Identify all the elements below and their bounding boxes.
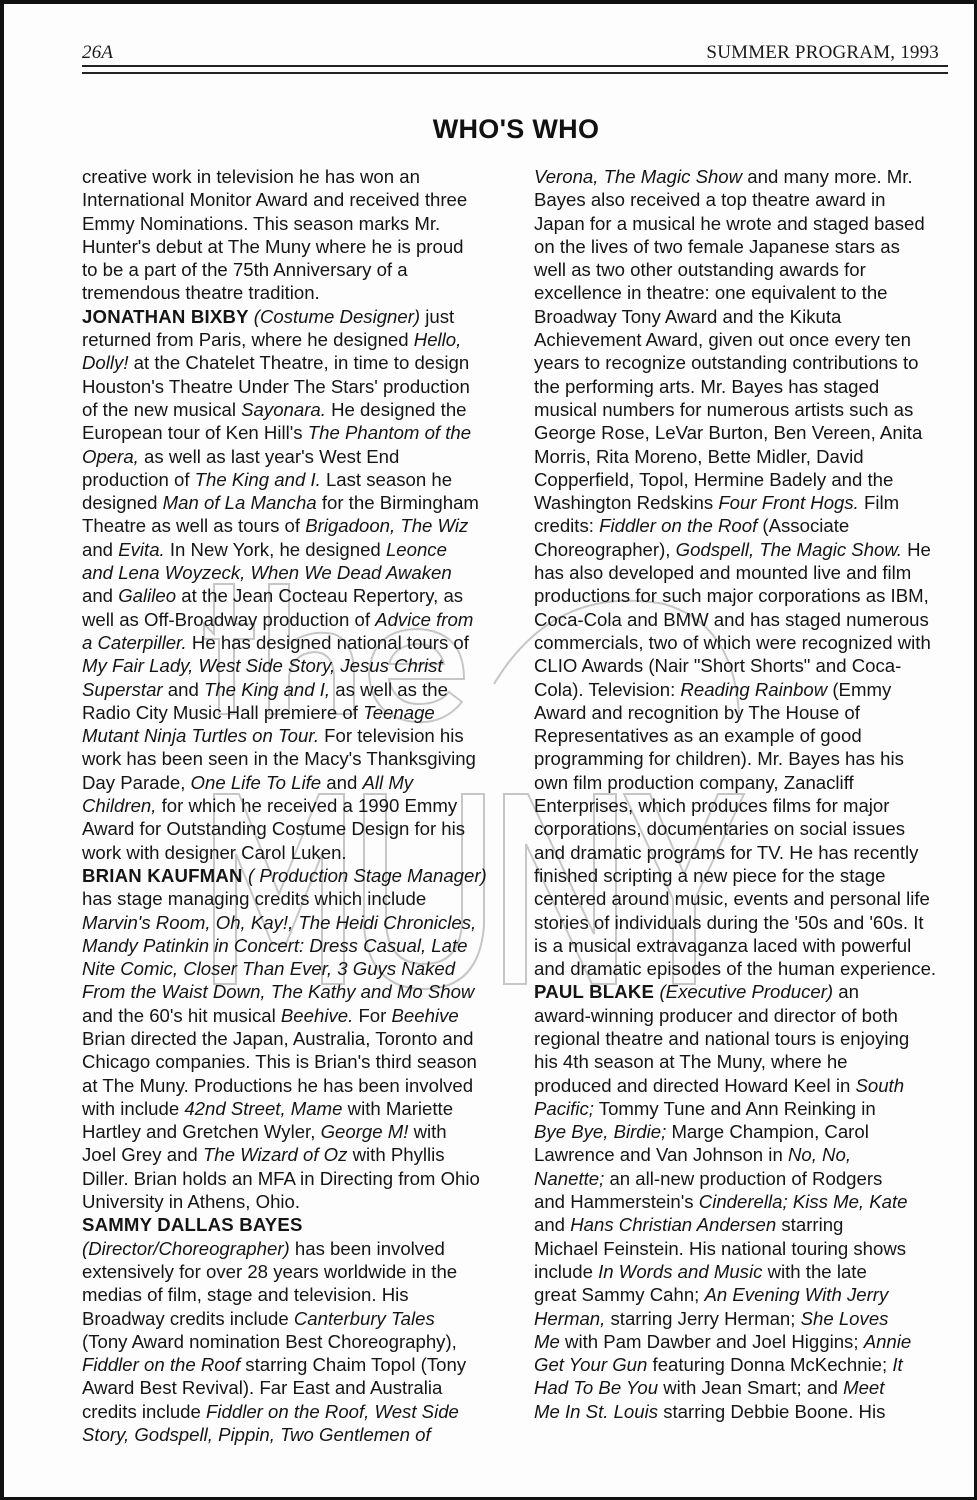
text-line: years to recognize outstanding contribut… — [534, 351, 954, 374]
body-text: Japan for a musical he wrote and staged … — [534, 213, 925, 234]
text-line: Brian directed the Japan, Australia, Tor… — [82, 1027, 512, 1050]
text-line: the performing arts. Mr. Bayes has stage… — [534, 375, 954, 398]
body-text: Lawrence and Van Johnson in — [534, 1144, 788, 1165]
text-line: Get Your Gun featuring Donna McKechnie; … — [534, 1353, 954, 1376]
text-line: Nite Comic, Closer Than Ever, 3 Guys Nak… — [82, 957, 512, 980]
italic-title: All My — [362, 772, 413, 793]
body-text: Tommy Tune and Ann Reinking in — [594, 1098, 876, 1119]
text-line: Herman, starring Jerry Herman; She Loves — [534, 1307, 954, 1330]
body-text: has stage managing credits which include — [82, 888, 426, 909]
italic-title: Me — [534, 1331, 560, 1352]
text-line: Theatre as well as tours of Brigadoon, T… — [82, 514, 512, 537]
body-text: Morris, Rita Moreno, Bette Midler, David — [534, 446, 864, 467]
italic-title: Herman, — [534, 1308, 605, 1329]
bio-heading-line: BRIAN KAUFMAN ( Production Stage Manager… — [82, 864, 512, 887]
italic-title: Meet — [843, 1377, 884, 1398]
body-text: at the Chatelet Theatre, in time to desi… — [129, 352, 470, 373]
body-text: has been involved — [290, 1238, 445, 1259]
italic-title: Nanette; — [534, 1168, 604, 1189]
text-line: Opera, as well as last year's West End — [82, 445, 512, 468]
text-line: and dramatic programs for TV. He has rec… — [534, 841, 954, 864]
body-text: excellence in theatre: one equivalent to… — [534, 282, 888, 303]
text-line: Award Best Revival). Far East and Austra… — [82, 1376, 512, 1399]
body-text: and — [82, 539, 118, 560]
body-text: Marge Champion, Carol — [666, 1121, 869, 1142]
body-text: award-winning producer and director of b… — [534, 1005, 898, 1026]
body-text: for which he received a 1990 Emmy — [156, 795, 457, 816]
italic-title: Opera, — [82, 446, 139, 467]
text-line: Day Parade, One Life To Life and All My — [82, 771, 512, 794]
italic-title: 42nd Street, Mame — [184, 1098, 342, 1119]
text-line: regional theatre and national tours is e… — [534, 1027, 954, 1050]
page-title: WHO'S WHO — [4, 114, 977, 145]
body-text: produced and directed Howard Keel in — [534, 1075, 855, 1096]
body-text: International Monitor Award and received… — [82, 189, 467, 210]
body-text: and — [163, 679, 204, 700]
text-line: credits: Fiddler on the Roof (Associate — [534, 514, 954, 537]
text-line: Nanette; an all-new production of Rodger… — [534, 1167, 954, 1190]
body-text: just — [420, 306, 454, 327]
text-line: has also developed and mounted live and … — [534, 561, 954, 584]
italic-title: Four Front Hogs. — [718, 492, 859, 513]
body-text: Emmy Nominations. This season marks Mr. — [82, 213, 440, 234]
body-text: Diller. Brian holds an MFA in Directing … — [82, 1168, 480, 1189]
body-text: work has been seen in the Macy's Thanksg… — [82, 748, 476, 769]
header-rule-top — [82, 65, 948, 67]
italic-title: Man of La Mancha — [163, 492, 317, 513]
text-line: and dramatic episodes of the human exper… — [534, 957, 954, 980]
italic-title: It — [892, 1354, 902, 1375]
text-line: Houston's Theatre Under The Stars' produ… — [82, 375, 512, 398]
text-line: Achievement Award, given out once every … — [534, 328, 954, 351]
body-text: stories of individuals during the '50s a… — [534, 912, 924, 933]
text-line: credits include Fiddler on the Roof, Wes… — [82, 1400, 512, 1423]
text-line: his 4th season at The Muny, where he — [534, 1050, 954, 1073]
page-number: 26A — [82, 42, 113, 64]
body-text: Washington Redskins — [534, 492, 718, 513]
italic-title: Mandy Patinkin in Concert: Dress Casual,… — [82, 935, 467, 956]
italic-title: Fiddler on the Roof — [82, 1354, 240, 1375]
body-text: Hartley and Gretchen Wyler, — [82, 1121, 321, 1142]
text-line: Bayes also received a top theatre award … — [534, 188, 954, 211]
body-text: productions for such major corporations … — [534, 585, 929, 606]
body-text: credits include — [82, 1401, 206, 1422]
italic-title: Galileo — [118, 585, 176, 606]
text-line: work with designer Carol Luken. — [82, 841, 512, 864]
text-line: designed Man of La Mancha for the Birmin… — [82, 491, 512, 514]
text-line: with include 42nd Street, Mame with Mari… — [82, 1097, 512, 1120]
body-text: and — [82, 585, 118, 606]
italic-title: Fiddler on the Roof, West Side — [206, 1401, 459, 1422]
body-text: to be a part of the 75th Anniversary of … — [82, 259, 408, 280]
italic-title: Dolly! — [82, 352, 129, 373]
body-text: He has designed national tours of — [187, 632, 469, 653]
italic-title: Leonce — [386, 539, 447, 560]
text-line: and Galileo at the Jean Cocteau Repertor… — [82, 584, 512, 607]
body-text: Coca-Cola and BMW and has staged numerou… — [534, 609, 929, 630]
text-line: Mandy Patinkin in Concert: Dress Casual,… — [82, 934, 512, 957]
body-text: creative work in television he has won a… — [82, 166, 420, 187]
italic-title: Superstar — [82, 679, 163, 700]
text-line: creative work in television he has won a… — [82, 165, 512, 188]
italic-title: (Executive Producer) — [659, 981, 833, 1002]
body-text: CLIO Awards (Nair "Short Shorts" and Coc… — [534, 655, 901, 676]
text-line: Dolly! at the Chatelet Theatre, in time … — [82, 351, 512, 374]
body-text: medias of film, stage and television. Hi… — [82, 1284, 409, 1305]
text-line: Me with Pam Dawber and Joel Higgins; Ann… — [534, 1330, 954, 1353]
text-line: of the new musical Sayonara. He designed… — [82, 398, 512, 421]
body-text: with Pam Dawber and Joel Higgins; — [560, 1331, 864, 1352]
text-line: Coca-Cola and BMW and has staged numerou… — [534, 608, 954, 631]
text-line: International Monitor Award and received… — [82, 188, 512, 211]
text-line: and Evita. In New York, he designed Leon… — [82, 538, 512, 561]
body-text: He — [902, 539, 931, 560]
text-line: and Lena Woyzeck, When We Dead Awaken — [82, 561, 512, 584]
italic-title: Nite Comic, Closer Than Ever, 3 Guys Nak… — [82, 958, 455, 979]
body-text: an — [833, 981, 859, 1002]
body-text: programming for children). Mr. Bayes has… — [534, 748, 904, 769]
bio-heading-line: JONATHAN BIXBY (Costume Designer) just — [82, 305, 512, 328]
body-text: Representatives as an example of good — [534, 725, 862, 746]
body-text: Joel Grey and — [82, 1144, 203, 1165]
body-text: is a musical extravaganza laced with pow… — [534, 935, 911, 956]
text-line: Superstar and The King and I, as well as… — [82, 678, 512, 701]
italic-title: The King and I. — [195, 469, 321, 490]
italic-title: ( Production Stage Manager) — [248, 865, 487, 886]
italic-title: Pacific; — [534, 1098, 594, 1119]
italic-title: The King and I, — [204, 679, 330, 700]
text-line: extensively for over 28 years worldwide … — [82, 1260, 512, 1283]
body-text: extensively for over 28 years worldwide … — [82, 1261, 457, 1282]
text-line: medias of film, stage and television. Hi… — [82, 1283, 512, 1306]
body-text: years to recognize outstanding contribut… — [534, 352, 919, 373]
body-text: at The Muny. Productions he has been inv… — [82, 1075, 473, 1096]
header-rule-bottom — [82, 72, 948, 74]
body-text: regional theatre and national tours is e… — [534, 1028, 909, 1049]
text-line: on the lives of two female Japanese star… — [534, 235, 954, 258]
italic-title: Had To Be You — [534, 1377, 658, 1398]
text-line: Joel Grey and The Wizard of Oz with Phyl… — [82, 1143, 512, 1166]
italic-title: Marvin's Room, Oh, Kay!, The Heidi Chron… — [82, 912, 476, 933]
body-text: and dramatic programs for TV. He has rec… — [534, 842, 918, 863]
italic-title: Me In St. Louis — [534, 1401, 658, 1422]
text-line: productions for such major corporations … — [534, 584, 954, 607]
text-line: production of The King and I. Last seaso… — [82, 468, 512, 491]
body-text: Bayes also received a top theatre award … — [534, 189, 885, 210]
text-line: commercials, two of which were recognize… — [534, 631, 954, 654]
text-line: is a musical extravaganza laced with pow… — [534, 934, 954, 957]
body-text: with the late — [762, 1261, 866, 1282]
italic-title: Hans Christian Andersen — [570, 1214, 776, 1235]
body-text: and — [321, 772, 362, 793]
text-line: Japan for a musical he wrote and staged … — [534, 212, 954, 235]
body-text: He designed the — [326, 399, 467, 420]
text-line: Broadway Tony Award and the Kikuta — [534, 305, 954, 328]
text-line: University in Athens, Ohio. — [82, 1190, 512, 1213]
text-line: well as two other outstanding awards for — [534, 258, 954, 281]
italic-title: Annie — [864, 1331, 912, 1352]
body-text: starring Debbie Boone. His — [658, 1401, 885, 1422]
text-line: Lawrence and Van Johnson in No, No, — [534, 1143, 954, 1166]
text-line: finished scripting a new piece for the s… — [534, 864, 954, 887]
body-text: his 4th season at The Muny, where he — [534, 1051, 848, 1072]
italic-title: Brigadoon, The Wiz — [305, 515, 468, 536]
body-text: Radio City Music Hall premiere of — [82, 702, 363, 723]
italic-title: The Phantom of the — [308, 422, 471, 443]
body-text: with Mariette — [342, 1098, 453, 1119]
text-line: great Sammy Cahn; An Evening With Jerry — [534, 1283, 954, 1306]
text-line: Award and recognition by The House of — [534, 701, 954, 724]
body-text: (Associate — [757, 515, 849, 536]
text-line: Mutant Ninja Turtles on Tour. For televi… — [82, 724, 512, 747]
italic-title: No, No, — [788, 1144, 851, 1165]
body-text: University in Athens, Ohio. — [82, 1191, 300, 1212]
text-line: excellence in theatre: one equivalent to… — [534, 281, 954, 304]
italic-title: My Fair Lady, West Side Story, Jesus Chr… — [82, 655, 443, 676]
italic-title: South — [855, 1075, 904, 1096]
body-text: well as Off-Broadway production of — [82, 609, 375, 630]
body-text: Theatre as well as tours of — [82, 515, 305, 536]
person-name: BRIAN KAUFMAN — [82, 865, 248, 886]
body-text: starring Jerry Herman; — [605, 1308, 800, 1329]
italic-title: In Words and Music — [598, 1261, 762, 1282]
body-text: For — [353, 1005, 391, 1026]
italic-title: Cinderella; Kiss Me, Kate — [699, 1191, 908, 1212]
text-line: tremendous theatre tradition. — [82, 281, 512, 304]
text-line: to be a part of the 75th Anniversary of … — [82, 258, 512, 281]
italic-title: Story, Godspell, Pippin, Two Gentlemen o… — [82, 1424, 431, 1445]
body-text: with Phyllis — [347, 1144, 444, 1165]
text-line: and Hammerstein's Cinderella; Kiss Me, K… — [534, 1190, 954, 1213]
body-text: as well as last year's West End — [139, 446, 400, 467]
body-text: Award Best Revival). Far East and Austra… — [82, 1377, 442, 1398]
body-text: George Rose, LeVar Burton, Ben Vereen, A… — [534, 422, 922, 443]
body-text: well as two other outstanding awards for — [534, 259, 866, 280]
body-text: include — [534, 1261, 598, 1282]
body-text: Chicago companies. This is Brian's third… — [82, 1051, 477, 1072]
text-line: (Director/Choreographer) has been involv… — [82, 1237, 512, 1260]
text-line: Pacific; Tommy Tune and Ann Reinking in — [534, 1097, 954, 1120]
text-line: award-winning producer and director of b… — [534, 1004, 954, 1027]
text-line: produced and directed Howard Keel in Sou… — [534, 1074, 954, 1097]
italic-title: a Caterpiller. — [82, 632, 187, 653]
body-text: Last season he — [321, 469, 452, 490]
italic-title: The Wizard of Oz — [203, 1144, 348, 1165]
body-text: Michael Feinstein. His national touring … — [534, 1238, 906, 1259]
text-line: European tour of Ken Hill's The Phantom … — [82, 421, 512, 444]
italic-title: Get Your Gun — [534, 1354, 647, 1375]
body-text: centered around music, events and person… — [534, 888, 930, 909]
left-column: creative work in television he has won a… — [82, 165, 512, 1446]
text-line: a Caterpiller. He has designed national … — [82, 631, 512, 654]
text-line: Award for Outstanding Costume Design for… — [82, 817, 512, 840]
italic-title: Godspell, The Magic Show. — [676, 539, 902, 560]
body-text: Choreographer), — [534, 539, 676, 560]
body-text: European tour of Ken Hill's — [82, 422, 308, 443]
body-text: starring Chaim Topol (Tony — [240, 1354, 466, 1375]
text-line: returned from Paris, where he designed H… — [82, 328, 512, 351]
body-text: great Sammy Cahn; — [534, 1284, 705, 1305]
body-text: of the new musical — [82, 399, 241, 420]
italic-title: One Life To Life — [191, 772, 322, 793]
right-column: Verona, The Magic Show and many more. Mr… — [534, 165, 954, 1423]
text-line: Enterprises, which produces films for ma… — [534, 794, 954, 817]
body-text: Houston's Theatre Under The Stars' produ… — [82, 376, 470, 397]
text-line: include In Words and Music with the late — [534, 1260, 954, 1283]
text-line: and Hans Christian Andersen starring — [534, 1213, 954, 1236]
italic-title: Reading Rainbow — [680, 679, 827, 700]
text-line: own film production company, Zanacliff — [534, 771, 954, 794]
text-line: stories of individuals during the '50s a… — [534, 911, 954, 934]
text-line: Washington Redskins Four Front Hogs. Fil… — [534, 491, 954, 514]
italic-title: Verona, The Magic Show — [534, 166, 742, 187]
body-text: (Emmy — [827, 679, 891, 700]
body-text: with include — [82, 1098, 184, 1119]
publication-header: SUMMER PROGRAM, 1993 — [706, 42, 939, 64]
text-line: Radio City Music Hall premiere of Teenag… — [82, 701, 512, 724]
text-line: programming for children). Mr. Bayes has… — [534, 747, 954, 770]
person-name: JONATHAN BIXBY — [82, 306, 254, 327]
text-line: Me In St. Louis starring Debbie Boone. H… — [534, 1400, 954, 1423]
body-text: work with designer Carol Luken. — [82, 842, 347, 863]
bio-heading-line: SAMMY DALLAS BAYES — [82, 1213, 512, 1236]
body-text: corporations, documentaries on social is… — [534, 818, 905, 839]
text-line: Marvin's Room, Oh, Kay!, The Heidi Chron… — [82, 911, 512, 934]
body-text: own film production company, Zanacliff — [534, 772, 854, 793]
text-line: Had To Be You with Jean Smart; and Meet — [534, 1376, 954, 1399]
body-text: has also developed and mounted live and … — [534, 562, 911, 583]
body-text: Day Parade, — [82, 772, 191, 793]
body-text: Film — [859, 492, 899, 513]
text-line: Copperfield, Topol, Hermine Badely and t… — [534, 468, 954, 491]
text-line: Hartley and Gretchen Wyler, George M! wi… — [82, 1120, 512, 1143]
body-text: Award for Outstanding Costume Design for… — [82, 818, 465, 839]
text-line: Chicago companies. This is Brian's third… — [82, 1050, 512, 1073]
text-line: Broadway credits include Canterbury Tale… — [82, 1307, 512, 1330]
italic-title: Beehive. — [281, 1005, 353, 1026]
body-text: Enterprises, which produces films for ma… — [534, 795, 889, 816]
body-text: featuring Donna McKechnie; — [647, 1354, 892, 1375]
body-text: production of — [82, 469, 195, 490]
text-line: George Rose, LeVar Burton, Ben Vereen, A… — [534, 421, 954, 444]
body-text: Achievement Award, given out once every … — [534, 329, 911, 350]
body-text: (Tony Award nomination Best Choreography… — [82, 1331, 457, 1352]
text-line: work has been seen in the Macy's Thanksg… — [82, 747, 512, 770]
body-text: Cola). Television: — [534, 679, 680, 700]
text-line: My Fair Lady, West Side Story, Jesus Chr… — [82, 654, 512, 677]
italic-title: Hello, — [414, 329, 462, 350]
italic-title: Bye Bye, Birdie; — [534, 1121, 666, 1142]
body-text: returned from Paris, where he designed — [82, 329, 414, 350]
body-text: and the 60's hit musical — [82, 1005, 281, 1026]
body-text: an all-new production of Rodgers — [604, 1168, 882, 1189]
person-name: SAMMY DALLAS BAYES — [82, 1214, 303, 1235]
text-line: corporations, documentaries on social is… — [534, 817, 954, 840]
italic-title: Mutant Ninja Turtles on Tour. — [82, 725, 319, 746]
text-line: centered around music, events and person… — [534, 887, 954, 910]
text-line: From the Waist Down, The Kathy and Mo Sh… — [82, 980, 512, 1003]
body-text: Award and recognition by The House of — [534, 702, 860, 723]
body-text: and many more. Mr. — [742, 166, 913, 187]
program-page: 26A SUMMER PROGRAM, 1993 WHO'S WHO creat… — [0, 0, 977, 1500]
body-text: musical numbers for numerous artists suc… — [534, 399, 913, 420]
person-name: PAUL BLAKE — [534, 981, 659, 1002]
italic-title: (Director/Choreographer) — [82, 1238, 290, 1259]
italic-title: and Lena Woyzeck, When We Dead Awaken — [82, 562, 452, 583]
italic-title: Teenage — [363, 702, 435, 723]
text-line: Diller. Brian holds an MFA in Directing … — [82, 1167, 512, 1190]
body-text: Broadway credits include — [82, 1308, 294, 1329]
body-text: on the lives of two female Japanese star… — [534, 236, 900, 257]
body-text: the performing arts. Mr. Bayes has stage… — [534, 376, 879, 397]
text-line: Children, for which he received a 1990 E… — [82, 794, 512, 817]
text-line: Choreographer), Godspell, The Magic Show… — [534, 538, 954, 561]
body-text: Brian directed the Japan, Australia, Tor… — [82, 1028, 473, 1049]
body-text: as well as the — [330, 679, 448, 700]
text-line: Verona, The Magic Show and many more. Mr… — [534, 165, 954, 188]
text-line: Representatives as an example of good — [534, 724, 954, 747]
text-line: Michael Feinstein. His national touring … — [534, 1237, 954, 1260]
body-text: Copperfield, Topol, Hermine Badely and t… — [534, 469, 893, 490]
italic-title: She Loves — [801, 1308, 889, 1329]
body-text: credits: — [534, 515, 599, 536]
body-text: In New York, he designed — [165, 539, 386, 560]
body-text: finished scripting a new piece for the s… — [534, 865, 885, 886]
body-text: at the Jean Cocteau Repertory, as — [176, 585, 463, 606]
body-text: with Jean Smart; and — [658, 1377, 843, 1398]
body-text: with — [408, 1121, 446, 1142]
body-text: and dramatic episodes of the human exper… — [534, 958, 936, 979]
body-text: Hunter's debut at The Muny where he is p… — [82, 236, 464, 257]
text-line: Morris, Rita Moreno, Bette Midler, David — [534, 445, 954, 468]
text-line: musical numbers for numerous artists suc… — [534, 398, 954, 421]
text-line: Fiddler on the Roof starring Chaim Topol… — [82, 1353, 512, 1376]
text-line: Bye Bye, Birdie; Marge Champion, Carol — [534, 1120, 954, 1143]
text-line: CLIO Awards (Nair "Short Shorts" and Coc… — [534, 654, 954, 677]
text-line: Story, Godspell, Pippin, Two Gentlemen o… — [82, 1423, 512, 1446]
body-text: and Hammerstein's — [534, 1191, 699, 1212]
body-text: For television his — [319, 725, 464, 746]
body-text: commercials, two of which were recognize… — [534, 632, 931, 653]
body-text: and — [534, 1214, 570, 1235]
text-line: well as Off-Broadway production of Advic… — [82, 608, 512, 631]
body-text: starring — [776, 1214, 843, 1235]
italic-title: An Evening With Jerry — [705, 1284, 889, 1305]
text-line: Emmy Nominations. This season marks Mr. — [82, 212, 512, 235]
italic-title: (Costume Designer) — [254, 306, 420, 327]
italic-title: From the Waist Down, The Kathy and Mo Sh… — [82, 981, 474, 1002]
text-line: Cola). Television: Reading Rainbow (Emmy — [534, 678, 954, 701]
text-line: Hunter's debut at The Muny where he is p… — [82, 235, 512, 258]
italic-title: Fiddler on the Roof — [599, 515, 757, 536]
italic-title: Evita. — [118, 539, 165, 560]
body-text: tremendous theatre tradition. — [82, 282, 320, 303]
italic-title: Advice from — [375, 609, 473, 630]
body-text: designed — [82, 492, 163, 513]
bio-heading-line: PAUL BLAKE (Executive Producer) an — [534, 980, 954, 1003]
body-text: Broadway Tony Award and the Kikuta — [534, 306, 841, 327]
italic-title: Beehive — [392, 1005, 459, 1026]
italic-title: Children, — [82, 795, 156, 816]
text-line: has stage managing credits which include — [82, 887, 512, 910]
italic-title: George M! — [321, 1121, 409, 1142]
italic-title: Sayonara. — [241, 399, 326, 420]
italic-title: Canterbury Tales — [294, 1308, 435, 1329]
text-line: (Tony Award nomination Best Choreography… — [82, 1330, 512, 1353]
text-line: at The Muny. Productions he has been inv… — [82, 1074, 512, 1097]
body-text: for the Birmingham — [317, 492, 479, 513]
text-line: and the 60's hit musical Beehive. For Be… — [82, 1004, 512, 1027]
